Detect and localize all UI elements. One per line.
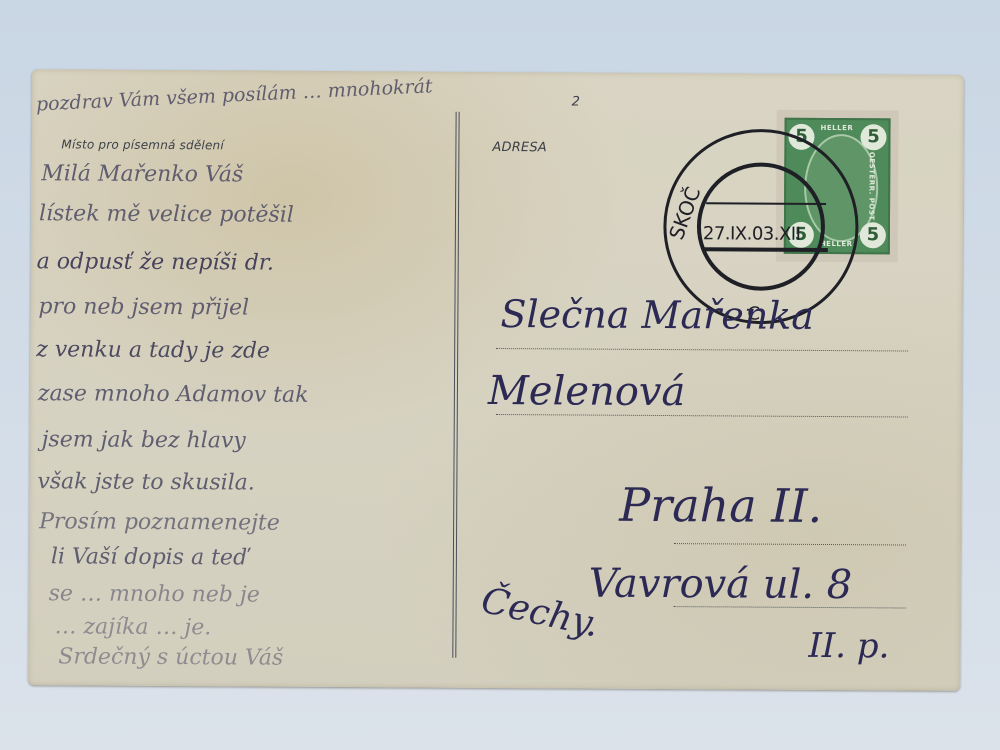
message-line: Prosím poznamenejte: [39, 509, 280, 535]
message-line: lístek mě velice potěšil: [39, 201, 294, 228]
message-line: však jste to skusila.: [37, 469, 255, 495]
address-city: Praha II.: [619, 478, 822, 533]
address-area-label: ADRESA: [492, 140, 547, 155]
address-country: Čechy.: [478, 580, 603, 646]
message-line: jsem jak bez hlavy: [42, 427, 246, 453]
address-street: Vavrová ul. 8: [589, 561, 853, 609]
address-floor: II. p.: [808, 626, 889, 666]
postcard: pozdrav Vám všem posílám … mnohokrát Mís…: [28, 69, 964, 691]
stamp-country: OESTERR. POST: [868, 152, 876, 221]
message-body: Milá Mařenko Váš lístek mě velice potěši…: [32, 69, 964, 75]
page-number: 2: [572, 94, 581, 109]
address-line-guide: [674, 543, 906, 545]
message-line: pro neb jsem přijel: [38, 294, 249, 320]
message-line: z venku a tady je zde: [36, 337, 270, 363]
divider-line: [452, 112, 459, 658]
address-line-guide: [496, 414, 908, 418]
message-line: zase mnoho Adamov tak: [38, 381, 309, 408]
message-line: li Vaší dopis a teď: [51, 544, 247, 570]
message-area-label: Místo pro písemná sdělení: [61, 137, 224, 152]
message-line: Srdečný s úctou Váš: [58, 644, 283, 670]
message-line: Milá Mařenko Váš: [41, 161, 243, 187]
address-line-guide: [496, 348, 908, 352]
message-line: se … mnoho neb je: [49, 581, 260, 607]
message-line: a odpusť že nepíši dr.: [37, 249, 274, 275]
postmark-date: 27.IX.03.XII: [703, 223, 801, 245]
address-surname: Melenová: [488, 368, 686, 415]
address-recipient: Slečna Mařenka: [500, 292, 814, 338]
message-line: … zajíka … je.: [54, 614, 211, 640]
message-top-margin: pozdrav Vám všem posílám … mnohokrát: [35, 75, 433, 115]
